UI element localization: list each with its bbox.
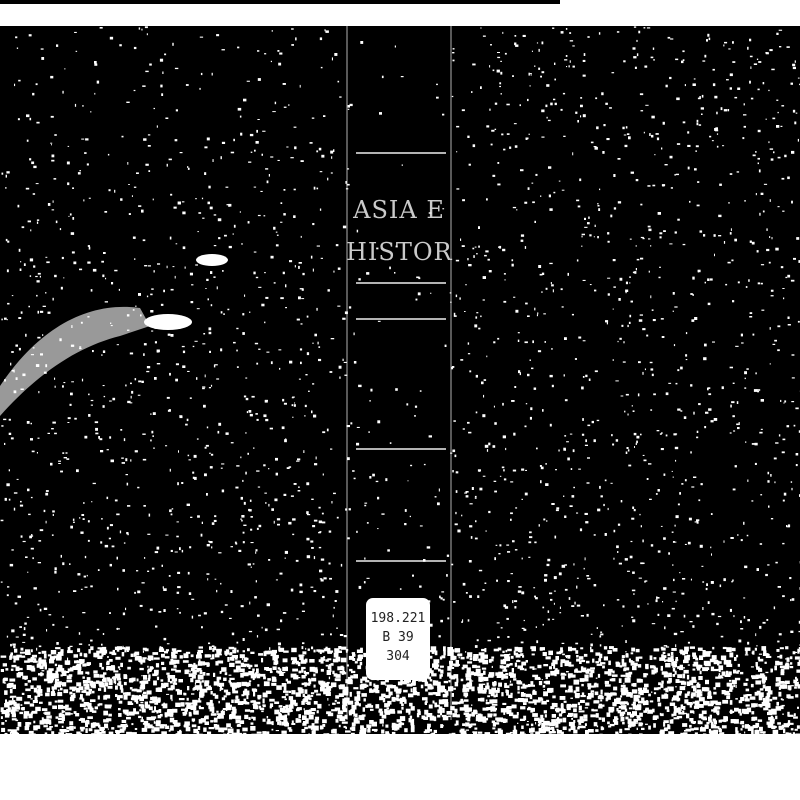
spine-band bbox=[356, 560, 446, 562]
spine-band bbox=[356, 448, 446, 450]
spine-band bbox=[356, 152, 446, 154]
shelf-label-line2: B 39 bbox=[366, 628, 430, 647]
shelf-label: 198.221 B 39 304 bbox=[366, 598, 430, 680]
top-edge bbox=[0, 0, 560, 4]
spine-band bbox=[356, 318, 446, 320]
spine-title-line1: ASIA E bbox=[346, 196, 452, 224]
spine-band bbox=[356, 282, 446, 284]
shelf-label-line3: 304 bbox=[366, 647, 430, 666]
shelf-label-line1: 198.221 bbox=[366, 609, 430, 628]
spine-title-line2: HISTOR bbox=[346, 238, 452, 266]
book-scan: ASIA E HISTOR 198.221 B 39 304 bbox=[0, 0, 800, 800]
